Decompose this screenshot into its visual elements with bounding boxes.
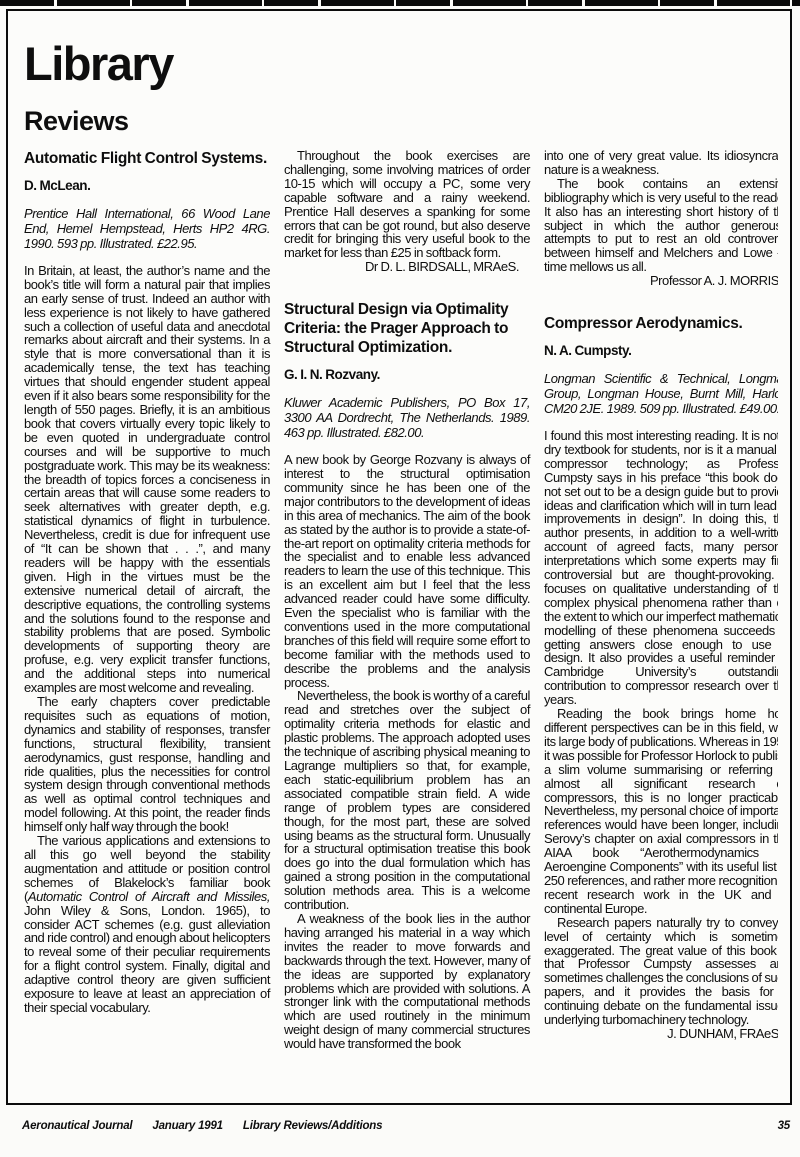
footer-journal-name: Aeronautical Journal	[22, 1120, 132, 1132]
footer-issue-date: January 1991	[152, 1120, 223, 1132]
page-title: Library	[24, 41, 778, 87]
review-paragraph: Nevertheless, the book is worthy of a ca…	[284, 689, 530, 912]
review-title-flight-control: Automatic Flight Control Systems.	[24, 149, 270, 168]
column-left: Automatic Flight Control Systems. D. McL…	[24, 149, 270, 1077]
book-title-italic: Automatic Control of Aircraft and Missil…	[28, 889, 270, 904]
review-imprint: Prentice Hall International, 66 Wood Lan…	[24, 206, 270, 251]
reviewer-signature: Professor A. J. MORRIS	[544, 274, 778, 288]
reviewer-signature: Dr D. L. BIRDSALL, MRAeS.	[284, 260, 530, 274]
review-author: D. McLean.	[24, 179, 270, 193]
review-paragraph-continued: into one of very great value. Its idiosy…	[544, 149, 778, 177]
review-title-structural-design: Structural Design via Optimality Criteri…	[284, 300, 530, 357]
top-rule	[0, 0, 800, 6]
column-middle: Throughout the book exercises are challe…	[284, 149, 530, 1077]
page-frame: Library Reviews Automatic Flight Control…	[6, 9, 792, 1105]
page-footer: Aeronautical Journal January 1991 Librar…	[22, 1120, 790, 1132]
review-paragraph: The various applications and extensions …	[24, 834, 270, 1015]
review-paragraph: Reading the book brings home how differe…	[544, 707, 778, 916]
review-author: G. I. N. Rozvany.	[284, 368, 530, 382]
review-title-compressor-aerodynamics: Compressor Aerodynamics.	[544, 314, 778, 333]
column-right: into one of very great value. Its idiosy…	[544, 149, 778, 1077]
journal-page-scan: Library Reviews Automatic Flight Control…	[0, 0, 800, 1157]
review-paragraph: The book contains an extensive bibliogra…	[544, 177, 778, 274]
review-imprint: Longman Scientific & Technical, Longman …	[544, 371, 778, 416]
section-title: Reviews	[24, 107, 778, 135]
review-paragraph: The early chapters cover predictable req…	[24, 695, 270, 834]
footer-section-name: Library Reviews/Additions	[243, 1120, 382, 1132]
reviewer-signature: J. DUNHAM, FRAeS	[544, 1027, 778, 1041]
review-author: N. A. Cumpsty.	[544, 344, 778, 358]
paragraph-text: John Wiley & Sons, London. 1965), to con…	[24, 903, 270, 1015]
review-paragraph: Throughout the book exercises are challe…	[284, 149, 530, 260]
review-paragraph: A weakness of the book lies in the autho…	[284, 912, 530, 1051]
review-imprint: Kluwer Academic Publishers, PO Box 17, 3…	[284, 395, 530, 440]
review-paragraph: I found this most interesting reading. I…	[544, 429, 778, 707]
page-number: 35	[778, 1120, 790, 1132]
review-columns: Automatic Flight Control Systems. D. McL…	[24, 149, 778, 1077]
review-paragraph: Research papers naturally try to convey …	[544, 916, 778, 1027]
review-paragraph: A new book by George Rozvany is always o…	[284, 453, 530, 689]
review-paragraph: In Britain, at least, the author’s name …	[24, 264, 270, 695]
